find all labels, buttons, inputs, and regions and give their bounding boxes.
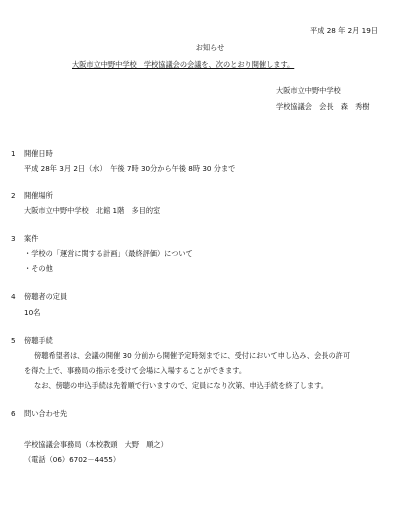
section-line: 傍聴希望者は、会議の開催 30 分前から開催予定時刻までに、受付において申し込み… (34, 352, 350, 359)
section-title: 案件 (24, 235, 38, 242)
section-number: 1 (11, 150, 16, 157)
section-title: 開催場所 (24, 192, 53, 199)
section-title: 傍聴者の定員 (24, 293, 67, 300)
sender-role-name: 学校協議会 会長 森 秀樹 (276, 103, 369, 110)
headline: 大阪市立中野中学校 学校協議会の会議を、次のとおり開催します。 (72, 61, 294, 68)
notice-title: お知らせ (0, 44, 420, 51)
section-title: 開催日時 (24, 150, 53, 157)
section-number: 4 (11, 293, 16, 300)
section-line: 10名 (24, 309, 40, 316)
sender-school: 大阪市立中野中学校 (276, 87, 341, 94)
contact-phone: （電話（06）6702－4455） (24, 456, 120, 463)
section-number: 3 (11, 235, 16, 242)
agenda-item: ・その他 (24, 265, 53, 272)
section-number: 2 (11, 192, 16, 199)
section-title: 傍聴手続 (24, 337, 53, 344)
section-number: 6 (11, 410, 16, 417)
agenda-item: ・学校の「運営に関する計画」（最終評価）について (24, 250, 193, 257)
section-line: なお、傍聴の申込手続は先着順で行いますので、定員になり次第、申込手続を終了します… (34, 382, 328, 389)
section-line: 平成 28年 3月 2日（水） 午後 7時 30分から午後 8時 30 分まで (24, 165, 235, 172)
section-line: を得た上で、事務局の指示を受けて会場に入場することができます。 (24, 367, 246, 374)
section-line: 大阪市立中野中学校 北館 1階 多目的室 (24, 207, 160, 214)
contact-office: 学校協議会事務局（本校教頭 大野 順之） (24, 441, 168, 448)
document-date: 平成 28 年 2月 19日 (310, 27, 378, 34)
section-number: 5 (11, 337, 16, 344)
section-title: 問い合わせ先 (24, 410, 67, 417)
